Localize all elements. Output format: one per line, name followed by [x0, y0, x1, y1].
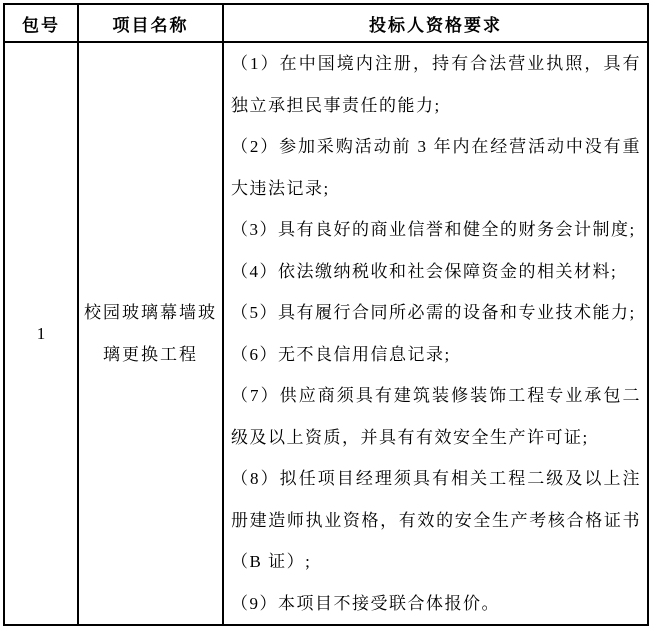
table-header-row: 包号 项目名称 投标人资格要求 — [4, 4, 648, 42]
requirement-item-1: （1）在中国境内注册，持有合法营业执照，具有独立承担民事责任的能力; — [231, 43, 641, 126]
requirement-item-9: （9）本项目不接受联合体报价。 — [231, 583, 641, 625]
requirement-item-7: （7）供应商须具有建筑装修装饰工程专业承包二级及以上资质，并具有有效安全生产许可… — [231, 375, 641, 458]
requirement-item-4: （4）依法缴纳税收和社会保障资金的相关材料; — [231, 251, 641, 293]
requirement-item-6: （6）无不良信用信息记录; — [231, 334, 641, 376]
table-row: 1 校园玻璃幕墙玻璃更换工程 （1）在中国境内注册，持有合法营业执照，具有独立承… — [4, 42, 648, 625]
column-header-package-no: 包号 — [4, 4, 78, 42]
package-no-cell: 1 — [4, 42, 78, 625]
bid-package-table: 包号 项目名称 投标人资格要求 1 校园玻璃幕墙玻璃更换工程 （1）在中国境内注… — [3, 3, 649, 626]
requirement-item-8: （8）拟任项目经理须具有相关工程二级及以上注册建造师执业资格，有效的安全生产考核… — [231, 458, 641, 583]
column-header-project-name: 项目名称 — [78, 4, 223, 42]
requirement-item-2: （2）参加采购活动前 3 年内在经营活动中没有重大违法记录; — [231, 126, 641, 209]
column-header-bidder-qualifications: 投标人资格要求 — [223, 4, 648, 42]
project-name-cell: 校园玻璃幕墙玻璃更换工程 — [78, 42, 223, 625]
requirements-cell: （1）在中国境内注册，持有合法营业执照，具有独立承担民事责任的能力; （2）参加… — [223, 42, 648, 625]
document-page: 包号 项目名称 投标人资格要求 1 校园玻璃幕墙玻璃更换工程 （1）在中国境内注… — [0, 0, 650, 628]
requirement-item-3: （3）具有良好的商业信誉和健全的财务会计制度; — [231, 209, 641, 251]
requirement-item-5: （5）具有履行合同所必需的设备和专业技术能力; — [231, 292, 641, 334]
